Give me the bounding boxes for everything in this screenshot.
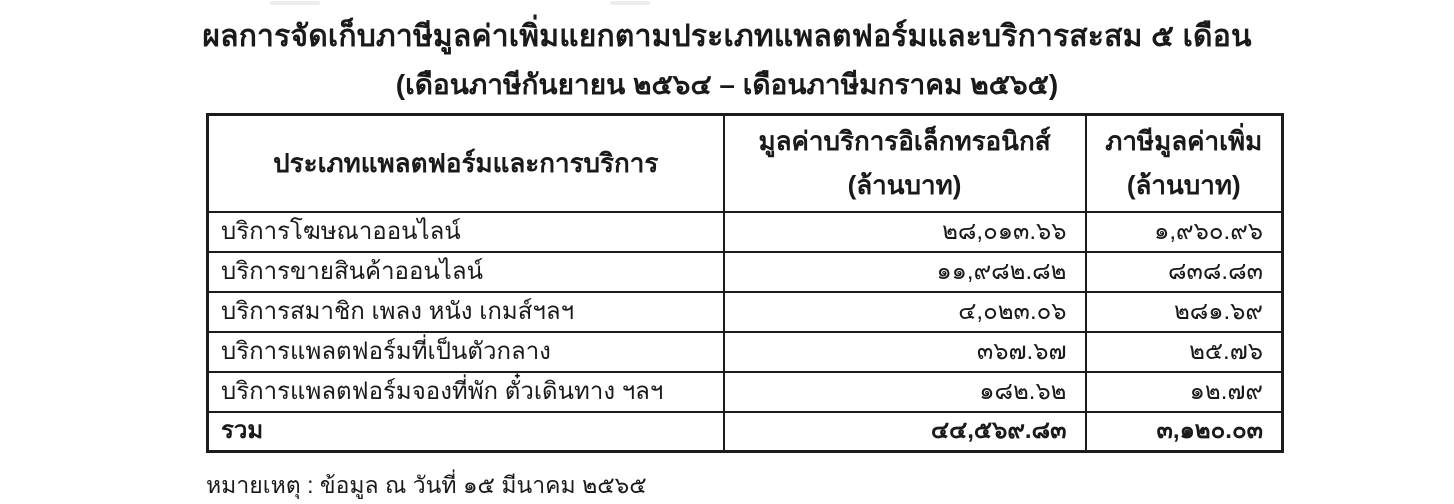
cell-vat-value: ๘๓๘.๘๓ xyxy=(1086,252,1283,292)
col-header-label: มูลค่าบริการอิเล็กทรอนิกส์ xyxy=(725,119,1085,163)
cell-platform-label: บริการสมาชิก เพลง หนัง เกมส์ฯลฯ xyxy=(208,292,724,332)
cell-service-value: ๒๘,๐๑๓.๖๖ xyxy=(724,212,1086,252)
col-header-service-value: มูลค่าบริการอิเล็กทรอนิกส์ (ล้านบาท) xyxy=(724,115,1086,212)
footnote: หมายเหตุ : ข้อมูล ณ วันที่ ๑๕ มีนาคม ๒๕๖… xyxy=(206,469,1454,501)
cell-service-value: ๑๑,๙๘๒.๘๒ xyxy=(724,252,1086,292)
table-row: บริการขายสินค้าออนไลน์ ๑๑,๙๘๒.๘๒ ๘๓๘.๘๓ xyxy=(208,252,1283,292)
cell-platform-label: บริการแพลตฟอร์มจองที่พัก ตั๋วเดินทาง ฯลฯ xyxy=(208,372,724,412)
cell-total-label: รวม xyxy=(208,412,724,452)
page-subtitle: (เดือนภาษีกันยายน ๒๕๖๔ – เดือนภาษีมกราคม… xyxy=(0,62,1454,108)
cell-platform-label: บริการขายสินค้าออนไลน์ xyxy=(208,252,724,292)
cell-total-service-value: ๔๔,๕๖๙.๘๓ xyxy=(724,412,1086,452)
cell-platform-label: บริการโฆษณาออนไลน์ xyxy=(208,212,724,252)
cell-vat-value: ๑๒.๗๙ xyxy=(1086,372,1283,412)
col-header-platform-type: ประเภทแพลตฟอร์มและการบริการ xyxy=(208,115,724,212)
scan-artifact xyxy=(610,1,650,5)
cell-vat-value: ๑,๙๖๐.๙๖ xyxy=(1086,212,1283,252)
col-header-unit: (ล้านบาท) xyxy=(725,163,1085,207)
table-row: บริการแพลตฟอร์มที่เป็นตัวกลาง ๓๖๗.๖๗ ๒๕.… xyxy=(208,332,1283,372)
cell-platform-label: บริการแพลตฟอร์มที่เป็นตัวกลาง xyxy=(208,332,724,372)
page-title: ผลการจัดเก็บภาษีมูลค่าเพิ่มแยกตามประเภทแ… xyxy=(0,0,1454,60)
document-page: ผลการจัดเก็บภาษีมูลค่าเพิ่มแยกตามประเภทแ… xyxy=(0,0,1454,504)
col-header-label: ภาษีมูลค่าเพิ่ม xyxy=(1087,119,1282,163)
cell-vat-value: ๒๕.๗๖ xyxy=(1086,332,1283,372)
vat-collection-table: ประเภทแพลตฟอร์มและการบริการ มูลค่าบริการ… xyxy=(206,113,1284,453)
cell-vat-value: ๒๘๑.๖๙ xyxy=(1086,292,1283,332)
cell-service-value: ๔,๐๒๓.๐๖ xyxy=(724,292,1086,332)
col-header-vat: ภาษีมูลค่าเพิ่ม (ล้านบาท) xyxy=(1086,115,1283,212)
table-total-row: รวม ๔๔,๕๖๙.๘๓ ๓,๑๒๐.๐๓ xyxy=(208,412,1283,452)
col-header-unit: (ล้านบาท) xyxy=(1087,163,1282,207)
cell-service-value: ๑๘๒.๖๒ xyxy=(724,372,1086,412)
table-row: บริการโฆษณาออนไลน์ ๒๘,๐๑๓.๖๖ ๑,๙๖๐.๙๖ xyxy=(208,212,1283,252)
table-header-row: ประเภทแพลตฟอร์มและการบริการ มูลค่าบริการ… xyxy=(208,115,1283,212)
scan-artifact xyxy=(270,1,320,5)
cell-service-value: ๓๖๗.๖๗ xyxy=(724,332,1086,372)
cell-total-vat-value: ๓,๑๒๐.๐๓ xyxy=(1086,412,1283,452)
table-row: บริการแพลตฟอร์มจองที่พัก ตั๋วเดินทาง ฯลฯ… xyxy=(208,372,1283,412)
table-row: บริการสมาชิก เพลง หนัง เกมส์ฯลฯ ๔,๐๒๓.๐๖… xyxy=(208,292,1283,332)
col-header-label: ประเภทแพลตฟอร์มและการบริการ xyxy=(273,148,658,178)
